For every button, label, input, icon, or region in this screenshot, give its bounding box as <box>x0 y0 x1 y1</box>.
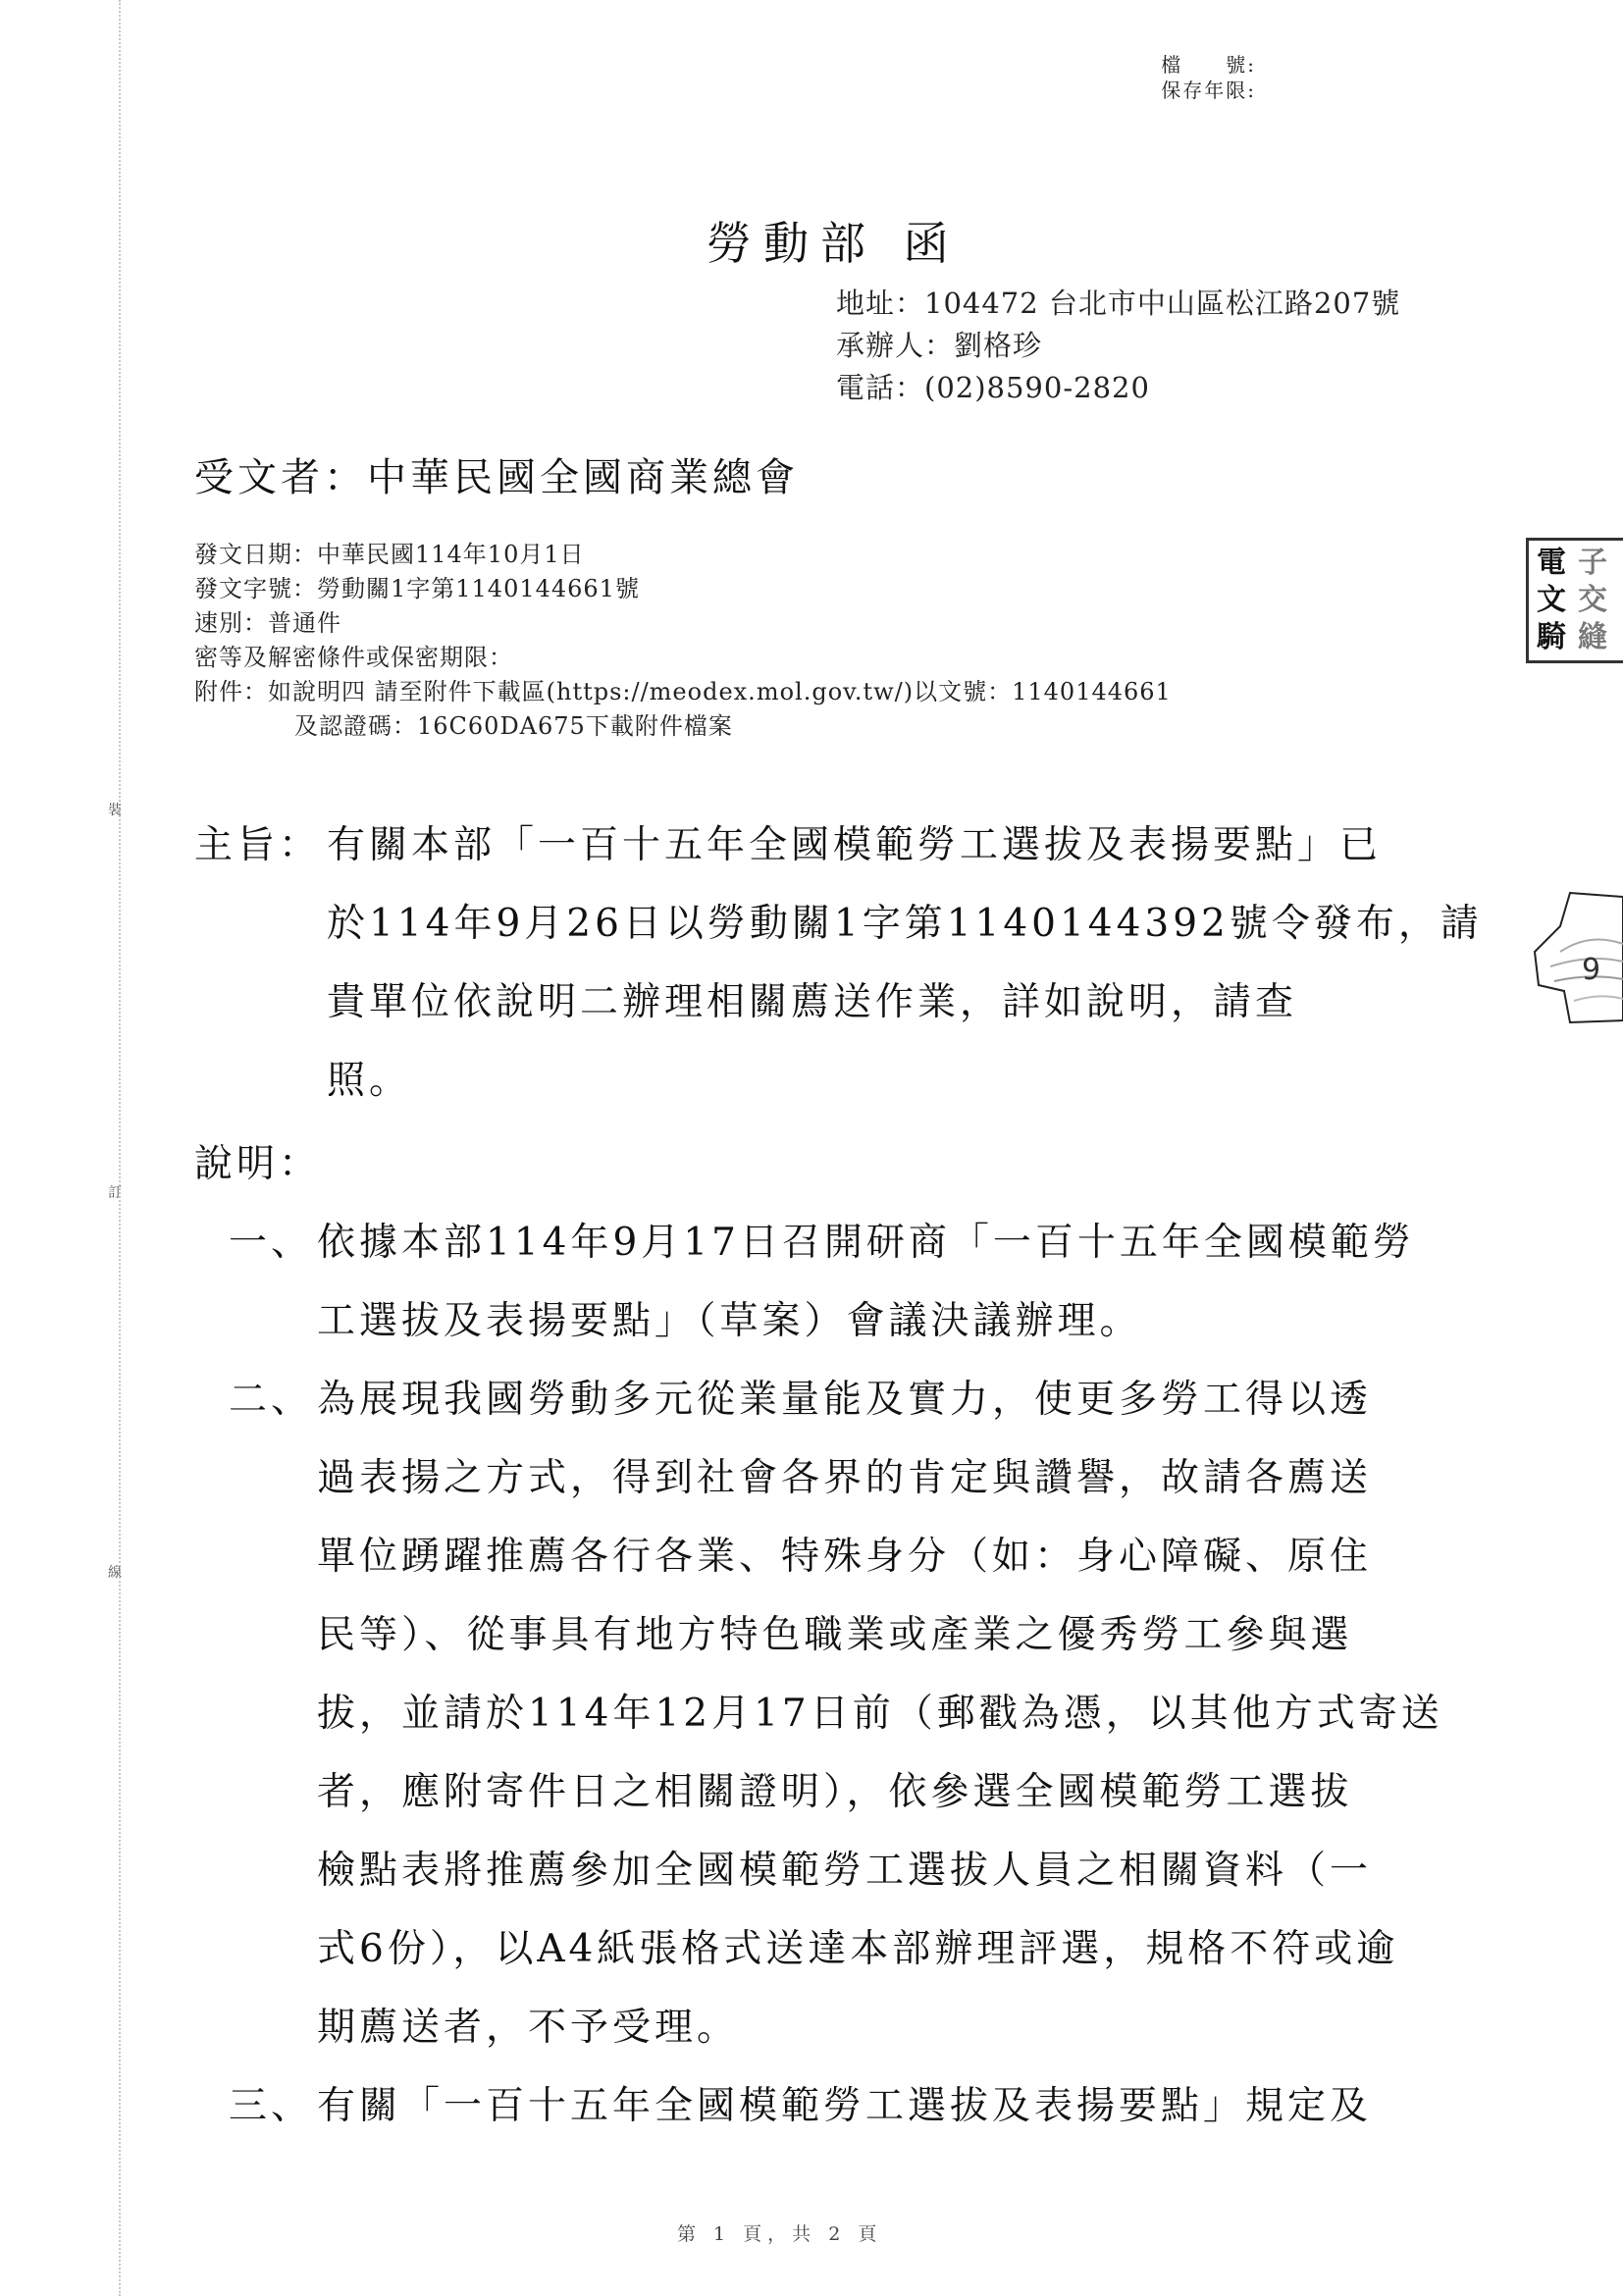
item-2-line-7: 檢點表將推薦參加全國模範勞工選拔人員之相關資料（一 <box>317 1840 1372 1895</box>
item-2-marker: 二、 <box>229 1369 313 1424</box>
item-2-line-1: 為展現我國勞動多元從業量能及實力，使更多勞工得以透 <box>317 1369 1372 1424</box>
subject-line-1: 有關本部「一百十五年全國模範勞工選拔及表揚要點」已 <box>327 814 1382 869</box>
subject-line-4: 照。 <box>327 1050 411 1105</box>
item-2-line-3: 單位踴躍推薦各行各業、特殊身分（如：身心障礙、原住 <box>317 1526 1372 1581</box>
item-2-line-5: 拔，並請於114年12月17日前（郵戳為憑，以其他方式寄送 <box>317 1683 1443 1738</box>
binding-mark-ding: 訂 <box>108 1182 122 1202</box>
priority: 速別：普通件 <box>194 606 1172 641</box>
binding-mark-xian: 線 <box>108 1562 122 1582</box>
sender-address: 地址：104472 台北市中山區松江路207號 <box>836 283 1400 325</box>
stamp-col-1: 電 文 騎 <box>1537 545 1578 656</box>
binding-line <box>119 0 121 2296</box>
explanation-label: 說明： <box>194 1133 321 1188</box>
recipient: 受文者：中華民國全國商業總會 <box>194 446 799 502</box>
item-2-line-4: 民等）、從事具有地方特色職業或產業之優秀勞工參與選 <box>317 1604 1353 1659</box>
attachment-line-2: 及認證碼：16C60DA675下載附件檔案 <box>194 709 1172 744</box>
item-2-line-8: 式6份），以A4紙張格式送達本部辦理評選，規格不符或逾 <box>317 1918 1398 1973</box>
binding-mark-zhuang: 裝 <box>108 800 122 819</box>
item-2-line-9: 期薦送者，不予受理。 <box>317 1997 739 2052</box>
file-meta: 檔 號: 保存年限: <box>1128 52 1256 103</box>
classification: 密等及解密條件或保密期限： <box>194 641 1172 675</box>
item-2-line-2: 過表揚之方式，得到社會各界的肯定與讚譽，故請各薦送 <box>317 1447 1372 1502</box>
sender-phone: 電話：(02)8590-2820 <box>836 367 1400 409</box>
item-1-line-2: 工選拔及表揚要點」（草案）會議決議辦理。 <box>317 1290 1142 1345</box>
retention-label: 保存年限: <box>1128 78 1256 103</box>
subject-label: 主旨： <box>194 814 321 869</box>
sender-contact: 承辦人：劉格珍 <box>836 325 1400 367</box>
file-number-label: 檔 號: <box>1128 52 1256 78</box>
sender-info: 地址：104472 台北市中山區松江路207號 承辦人：劉格珍 電話：(02)8… <box>836 283 1400 409</box>
item-2-line-6: 者，應附寄件日之相關證明），依參選全國模範勞工選拔 <box>317 1761 1353 1816</box>
document-number: 發文字號：勞動關1字第1140144661號 <box>194 572 1172 606</box>
document-meta: 發文日期：中華民國114年10月1日 發文字號：勞動關1字第1140144661… <box>194 538 1172 744</box>
page-indicator: 第 1 頁，共 2 頁 <box>677 2219 882 2246</box>
issue-date: 發文日期：中華民國114年10月1日 <box>194 538 1172 572</box>
subject-line-2: 於114年9月26日以勞動關1字第1140144392號令發布，請 <box>327 893 1483 948</box>
item-1-marker: 一、 <box>229 1212 313 1267</box>
svg-text:9: 9 <box>1582 953 1600 987</box>
subject-line-3: 貴單位依說明二辦理相關薦送作業，詳如說明，請查 <box>327 971 1297 1026</box>
item-3-marker: 三、 <box>229 2075 313 2130</box>
item-3-line-1: 有關「一百十五年全國模範勞工選拔及表揚要點」規定及 <box>317 2075 1372 2130</box>
stamp-col-2: 子 交 縫 <box>1578 545 1619 656</box>
attachment-line-1: 附件：如說明四 請至附件下載區(https://meodex.mol.gov.t… <box>194 675 1172 709</box>
seal-fragment-icon: 9 <box>1531 883 1623 1034</box>
page-title: 勞動部 函 <box>707 208 961 273</box>
electronic-exchange-stamp: 電 文 騎 子 交 縫 <box>1526 538 1623 663</box>
item-1-line-1: 依據本部114年9月17日召開研商「一百十五年全國模範勞 <box>317 1212 1415 1267</box>
